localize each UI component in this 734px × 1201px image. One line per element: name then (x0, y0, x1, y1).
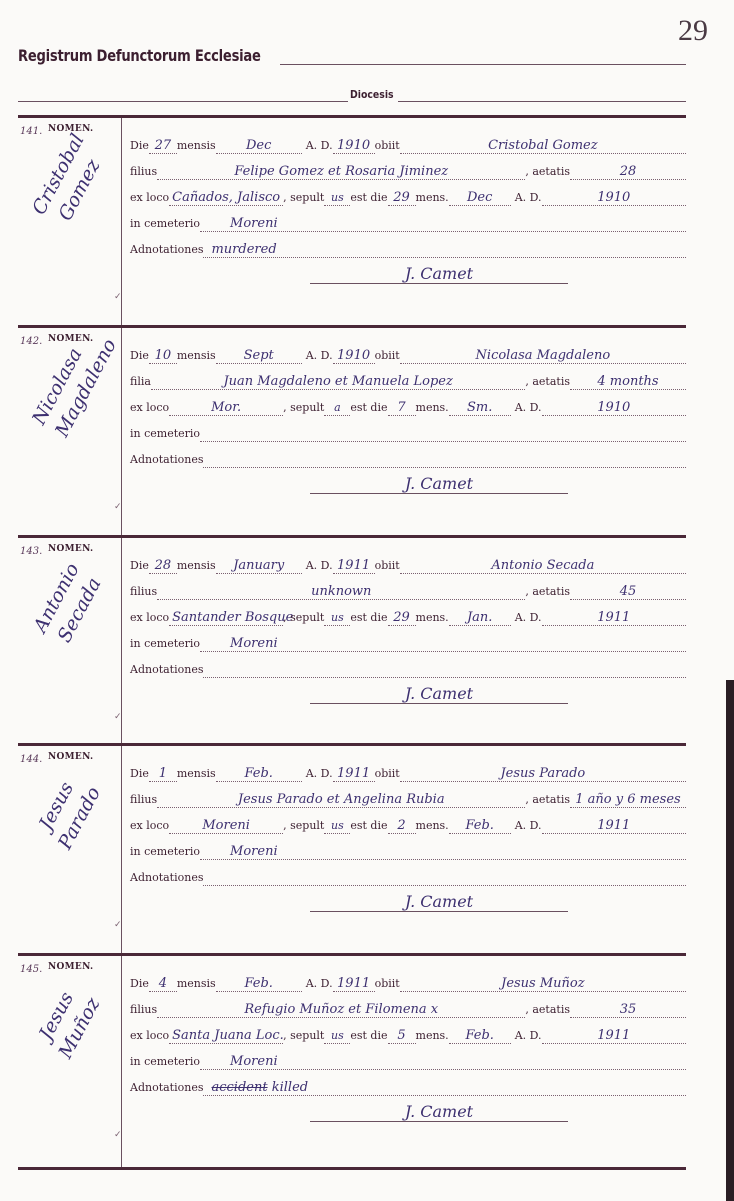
cemetery: Moreni (200, 844, 686, 860)
burial-month: Feb. (449, 1028, 511, 1044)
death-date-row: Die 1 mensis Feb. A. D. 1911 obiit Jesus… (130, 762, 686, 782)
burial-month: Jan. (449, 610, 511, 626)
death-month: Feb. (216, 976, 302, 992)
nomen-label: NOMEN. (48, 334, 93, 344)
cemetery-row: in cemeterio Moreni (130, 212, 686, 232)
check-mark: ✓ (114, 502, 122, 512)
burial-year: 1911 (542, 818, 686, 834)
death-day: 27 (149, 138, 177, 154)
priest-signature: J. Camet (310, 1102, 568, 1122)
burial-year: 1910 (542, 190, 686, 206)
burial-day: 29 (388, 610, 416, 626)
page-number: 29 (678, 14, 708, 48)
parents-row: filius Refugio Muñoz et Filomena x , aet… (130, 998, 686, 1018)
diocesis-line-left (18, 101, 348, 102)
annotations: murdered (203, 242, 686, 258)
annotations-row: Adnotationes accident killed (130, 1076, 686, 1096)
sepult-suffix: us (324, 190, 350, 206)
title-fill-line (280, 64, 686, 65)
burial-day: 2 (388, 818, 416, 834)
diocesis-line-right (398, 101, 686, 102)
annotations-row: Adnotationes (130, 866, 686, 886)
burial-row: ex loco Santander Bosque , sepult us est… (130, 606, 686, 626)
burial-month: Dec (449, 190, 511, 206)
death-day: 4 (149, 976, 177, 992)
burial-year: 1911 (542, 1028, 686, 1044)
age: 1 año y 6 meses (570, 792, 686, 808)
place-of-origin: Moreni (169, 818, 283, 834)
death-month: Feb. (216, 766, 302, 782)
priest-signature: J. Camet (310, 264, 568, 284)
burial-month: Sm. (449, 400, 511, 416)
death-year: 1911 (333, 558, 375, 574)
death-date-row: Die 10 mensis Sept A. D. 1910 obiit Nico… (130, 344, 686, 364)
burial-year: 1910 (542, 400, 686, 416)
burial-row: ex loco Cañados, Jalisco , sepult us est… (130, 186, 686, 206)
cemetery: Moreni (200, 636, 686, 652)
death-year: 1910 (333, 138, 375, 154)
burial-row: ex loco Moreni , sepult us est die 2 men… (130, 814, 686, 834)
death-month: January (216, 558, 302, 574)
death-day: 1 (149, 766, 177, 782)
death-day: 10 (149, 348, 177, 364)
parents-names: Jesus Parado et Angelina Rubia (157, 792, 525, 808)
entry-number: 141. (20, 126, 42, 137)
parents-names: unknown (157, 584, 525, 600)
entry-number: 142. (20, 336, 42, 347)
age: 28 (570, 164, 686, 180)
sepult-suffix: a (324, 400, 350, 416)
parents-row: filia Juan Magdaleno et Manuela Lopez , … (130, 370, 686, 390)
death-date-row: Die 27 mensis Dec A. D. 1910 obiit Crist… (130, 134, 686, 154)
annotation-text: killed (272, 1080, 308, 1095)
burial-day: 29 (388, 190, 416, 206)
burial-row: ex loco Mor. , sepult a est die 7 mens. … (130, 396, 686, 416)
sepult-suffix: us (324, 610, 350, 626)
place-of-origin: Santander Bosque (169, 610, 283, 626)
deceased-name: Cristobal Gomez (400, 138, 686, 154)
death-record-entry: 143. NOMEN. Antonio Secada Die 28 mensis… (18, 538, 686, 746)
deceased-name: Nicolasa Magdaleno (400, 348, 686, 364)
death-month: Dec (216, 138, 302, 154)
place-of-origin: Cañados, Jalisco (169, 190, 283, 206)
parents-row: filius unknown , aetatis 45 (130, 580, 686, 600)
priest-signature: J. Camet (310, 474, 568, 494)
annotations: accident killed (203, 1080, 686, 1096)
cemetery: Moreni (200, 1054, 686, 1070)
death-month: Sept (216, 348, 302, 364)
death-day: 28 (149, 558, 177, 574)
priest-signature: J. Camet (310, 892, 568, 912)
entry-number: 144. (20, 754, 42, 765)
sepult-suffix: us (324, 1028, 350, 1044)
burial-year: 1911 (542, 610, 686, 626)
place-of-origin: Santa Juana Loc. (169, 1028, 283, 1044)
entry-number: 143. (20, 546, 42, 557)
margin-name: Jesus Muñoz (26, 974, 109, 1069)
cemetery-row: in cemeterio (130, 422, 686, 442)
struck-annotation: accident (211, 1080, 267, 1095)
margin-name: Cristobal Gomez (26, 136, 109, 231)
death-year: 1911 (333, 766, 375, 782)
annotations-row: Adnotationes murdered (130, 238, 686, 258)
cemetery: Moreni (200, 216, 686, 232)
deceased-name: Jesus Parado (400, 766, 686, 782)
check-mark: ✓ (114, 712, 122, 722)
cemetery (200, 441, 686, 442)
death-date-row: Die 28 mensis January A. D. 1911 obiit A… (130, 554, 686, 574)
margin-name: Antonio Secada (26, 556, 109, 651)
check-mark: ✓ (114, 1130, 122, 1140)
burial-day: 7 (388, 400, 416, 416)
parents-names: Refugio Muñoz et Filomena x (157, 1002, 525, 1018)
burial-day: 5 (388, 1028, 416, 1044)
place-of-origin: Mor. (169, 400, 283, 416)
age: 4 months (570, 374, 686, 390)
nomen-label: NOMEN. (48, 544, 93, 554)
annotations (203, 467, 686, 468)
cemetery-row: in cemeterio Moreni (130, 1050, 686, 1070)
death-record-entry: 144. NOMEN. Jesus Parado Die 1 mensis Fe… (18, 746, 686, 956)
age: 45 (570, 584, 686, 600)
register-title: Registrum Defunctorum Ecclesiae (18, 46, 261, 65)
parents-names: Felipe Gomez et Rosaria Jiminez (157, 164, 525, 180)
death-year: 1910 (333, 348, 375, 364)
sepult-suffix: us (324, 818, 350, 834)
annotations (203, 885, 686, 886)
margin-name: Nicolasa Magdaleno (26, 346, 109, 441)
parents-row: filius Felipe Gomez et Rosaria Jiminez ,… (130, 160, 686, 180)
annotations (203, 677, 686, 678)
deceased-name: Jesus Muñoz (400, 976, 686, 992)
page-edge-shadow (726, 680, 734, 1201)
check-mark: ✓ (114, 292, 122, 302)
annotation-text: murdered (211, 242, 276, 257)
annotations-row: Adnotationes (130, 658, 686, 678)
parents-names: Juan Magdaleno et Manuela Lopez (151, 374, 525, 390)
margin-name: Jesus Parado (26, 764, 109, 859)
burial-month: Feb. (449, 818, 511, 834)
diocesis-label: Diocesis (350, 88, 394, 101)
parents-row: filius Jesus Parado et Angelina Rubia , … (130, 788, 686, 808)
cemetery-row: in cemeterio Moreni (130, 632, 686, 652)
nomen-label: NOMEN. (48, 962, 93, 972)
entry-number: 145. (20, 964, 42, 975)
death-record-entry: 142. NOMEN. Nicolasa Magdaleno Die 10 me… (18, 328, 686, 538)
death-year: 1911 (333, 976, 375, 992)
death-date-row: Die 4 mensis Feb. A. D. 1911 obiit Jesus… (130, 972, 686, 992)
deceased-name: Antonio Secada (400, 558, 686, 574)
annotations-row: Adnotationes (130, 448, 686, 468)
priest-signature: J. Camet (310, 684, 568, 704)
death-record-entry: 141. NOMEN. Cristobal Gomez Die 27 mensi… (18, 118, 686, 328)
age: 35 (570, 1002, 686, 1018)
death-record-entry: 145. NOMEN. Jesus Muñoz Die 4 mensis Feb… (18, 956, 686, 1170)
burial-row: ex loco Santa Juana Loc. , sepult us est… (130, 1024, 686, 1044)
check-mark: ✓ (114, 920, 122, 930)
entry-divider (18, 1167, 686, 1170)
nomen-label: NOMEN. (48, 752, 93, 762)
cemetery-row: in cemeterio Moreni (130, 840, 686, 860)
